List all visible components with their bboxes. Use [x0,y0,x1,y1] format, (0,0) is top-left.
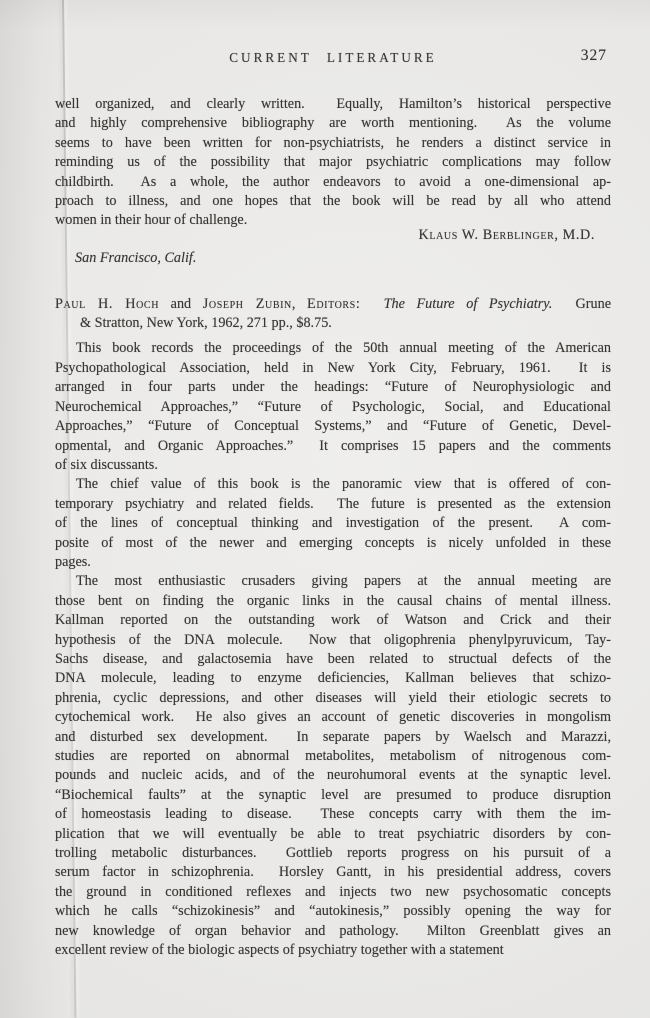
text-line: pages. [55,553,611,572]
reviewer-name: Klaus W. Berblinger, M.D. [419,227,595,243]
text-line: and disturbed sex development. In separa… [55,728,611,747]
text-line: Neurochemical Approaches,” “Future of Ps… [55,398,611,417]
running-head: CURRENT LITERATURE 327 [55,48,611,66]
page-content: CURRENT LITERATURE 327 well organized, a… [55,48,611,960]
text-line: which he calls “schizokinesis” and “auto… [55,902,611,921]
text-line: phrenia, cyclic depressions, and other d… [55,689,611,708]
text-line: plication that we will eventually be abl… [55,825,611,844]
text-line: serum factor in schizophrenia. Horsley G… [55,863,611,882]
text-line: proach to illness, and one hopes that th… [55,192,611,211]
review-berblinger: well organized, and clearly written. Equ… [55,95,611,269]
text-line: seems to have been written for non-psych… [55,134,611,153]
review-paragraph-1: This book records the proceedings of the… [55,339,611,475]
text-line: posite of most of the newer and emerging… [55,534,611,553]
citation-author-2: Joseph Zubin [203,296,292,312]
citation-conjunction: and [159,296,203,312]
text-line: pounds and nucleic acids, and of the neu… [55,766,611,785]
text-line: trolling metabolic disturbances. Gottlie… [55,844,611,863]
text-line: The chief value of this book is the pano… [55,475,611,494]
text-line: Kallman reported on the outstanding work… [55,611,611,630]
page-number: 327 [581,46,607,65]
book-citation: Paul H. Hoch and Joseph Zubin, Editors: … [55,295,611,334]
citation-author-1: Paul H. Hoch [55,296,159,312]
review-hoch-zubin: Paul H. Hoch and Joseph Zubin, Editors: … [55,295,611,961]
text-line: Approaches,” “Future of Conceptual Syste… [55,417,611,436]
running-title: CURRENT LITERATURE [55,48,611,67]
text-line: The most enthusiastic crusaders giving p… [55,572,611,591]
text-line: new knowledge of organ behavior and path… [55,922,611,941]
review-continuation-paragraph: well organized, and clearly written. Equ… [55,95,611,231]
text-line: hypothesis of the DNA molecule. Now that… [55,631,611,650]
text-line: those bent on finding the organic links … [55,592,611,611]
text-line: temporary psychiatry and related fields.… [55,495,611,514]
text-line: opmental, and Organic Approaches.” It co… [55,437,611,456]
citation-editors-label: Editors: [307,296,360,312]
text-line: “Biochemical faults” at the synaptic lev… [55,786,611,805]
text-line: of the lines of conceptual thinking and … [55,514,611,533]
text-line: well organized, and clearly written. Equ… [55,95,611,114]
text-line: This book records the proceedings of the… [55,339,611,358]
review-paragraph-2: The chief value of this book is the pano… [55,475,611,572]
text-line: of homeostasis leading to disease. These… [55,805,611,824]
scanned-book-page: CURRENT LITERATURE 327 well organized, a… [0,0,650,1018]
text-line: studies are reported on abnormal metabol… [55,747,611,766]
citation-title-gap [360,296,383,312]
text-line: childbirth. As a whole, the author endea… [55,173,611,192]
text-line: Psychopathological Association, held in … [55,359,611,378]
text-line: and highly comprehensive bibliography ar… [55,114,611,133]
text-line: cytochemical work. He also gives an acco… [55,708,611,727]
text-line: reminding us of the possibility that maj… [55,153,611,172]
citation-line-1: Paul H. Hoch and Joseph Zubin, Editors: … [55,295,611,314]
text-line: Sachs disease, and galactosemia have bee… [55,650,611,669]
text-line: arranged in four parts under the heading… [55,378,611,397]
citation-publisher-start: Grune [552,296,611,312]
citation-line-2: & Stratton, New York, 1962, 271 pp., $8.… [55,314,611,333]
citation-book-title: The Future of Psychiatry. [384,296,553,312]
citation-separator: , [292,296,307,312]
text-line: DNA molecule, leading to enzyme deficien… [55,669,611,688]
text-line: excellent review of the biologic aspects… [55,941,611,960]
text-line: the ground in conditioned reflexes and i… [55,883,611,902]
reviewer-location: San Francisco, Calif. [55,249,611,268]
review-paragraph-3: The most enthusiastic crusaders giving p… [55,572,611,960]
text-line: of six discussants. [55,456,611,475]
